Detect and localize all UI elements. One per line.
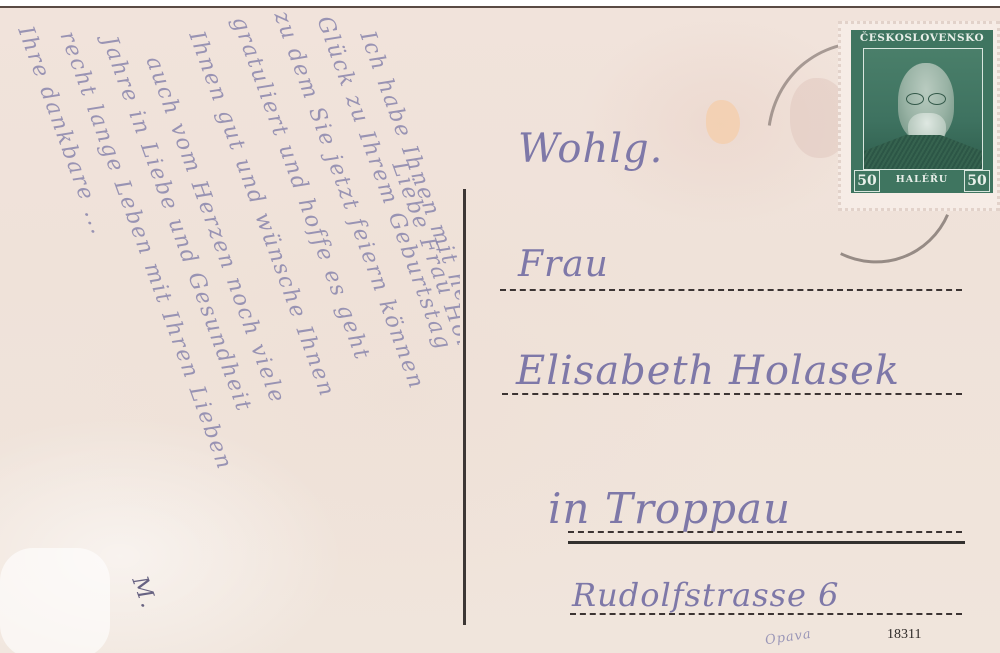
address-line-4: [570, 613, 962, 615]
address-line-3: [568, 531, 962, 533]
address-line-1: [500, 289, 962, 291]
message-signature: M.: [127, 573, 162, 613]
postage-stamp: ČESKOSLOVENSKO 50 HALÉŘU 50: [851, 30, 993, 193]
postcard: Liebe Frau Holasek Ich habe Ihnen mit he…: [0, 6, 1000, 653]
address-title: Frau: [518, 244, 609, 285]
address-city-underline: [568, 541, 965, 544]
address-name: Elisabeth Holasek: [516, 348, 900, 394]
stamp-country: ČESKOSLOVENSKO: [851, 32, 993, 44]
stamp-portrait: [863, 48, 983, 170]
stamp-value-right: 50: [964, 170, 990, 192]
message-area: Liebe Frau Holasek Ich habe Ihnen mit he…: [0, 8, 460, 653]
serial-number: 18311: [887, 627, 921, 643]
pencil-note: Opava: [764, 627, 812, 648]
address-street: Rudolfstrasse 6: [572, 576, 840, 614]
paper-stain: [706, 100, 740, 144]
stamp-currency: HALÉŘU: [885, 174, 959, 185]
portrait-coat: [864, 135, 982, 170]
address-line-2: [502, 393, 962, 395]
center-divider: [463, 189, 466, 625]
address-salutation: Wohlg.: [518, 126, 663, 172]
stamp-value-left: 50: [854, 170, 880, 192]
address-city: in Troppau: [548, 484, 791, 533]
portrait-glasses: [904, 93, 948, 105]
